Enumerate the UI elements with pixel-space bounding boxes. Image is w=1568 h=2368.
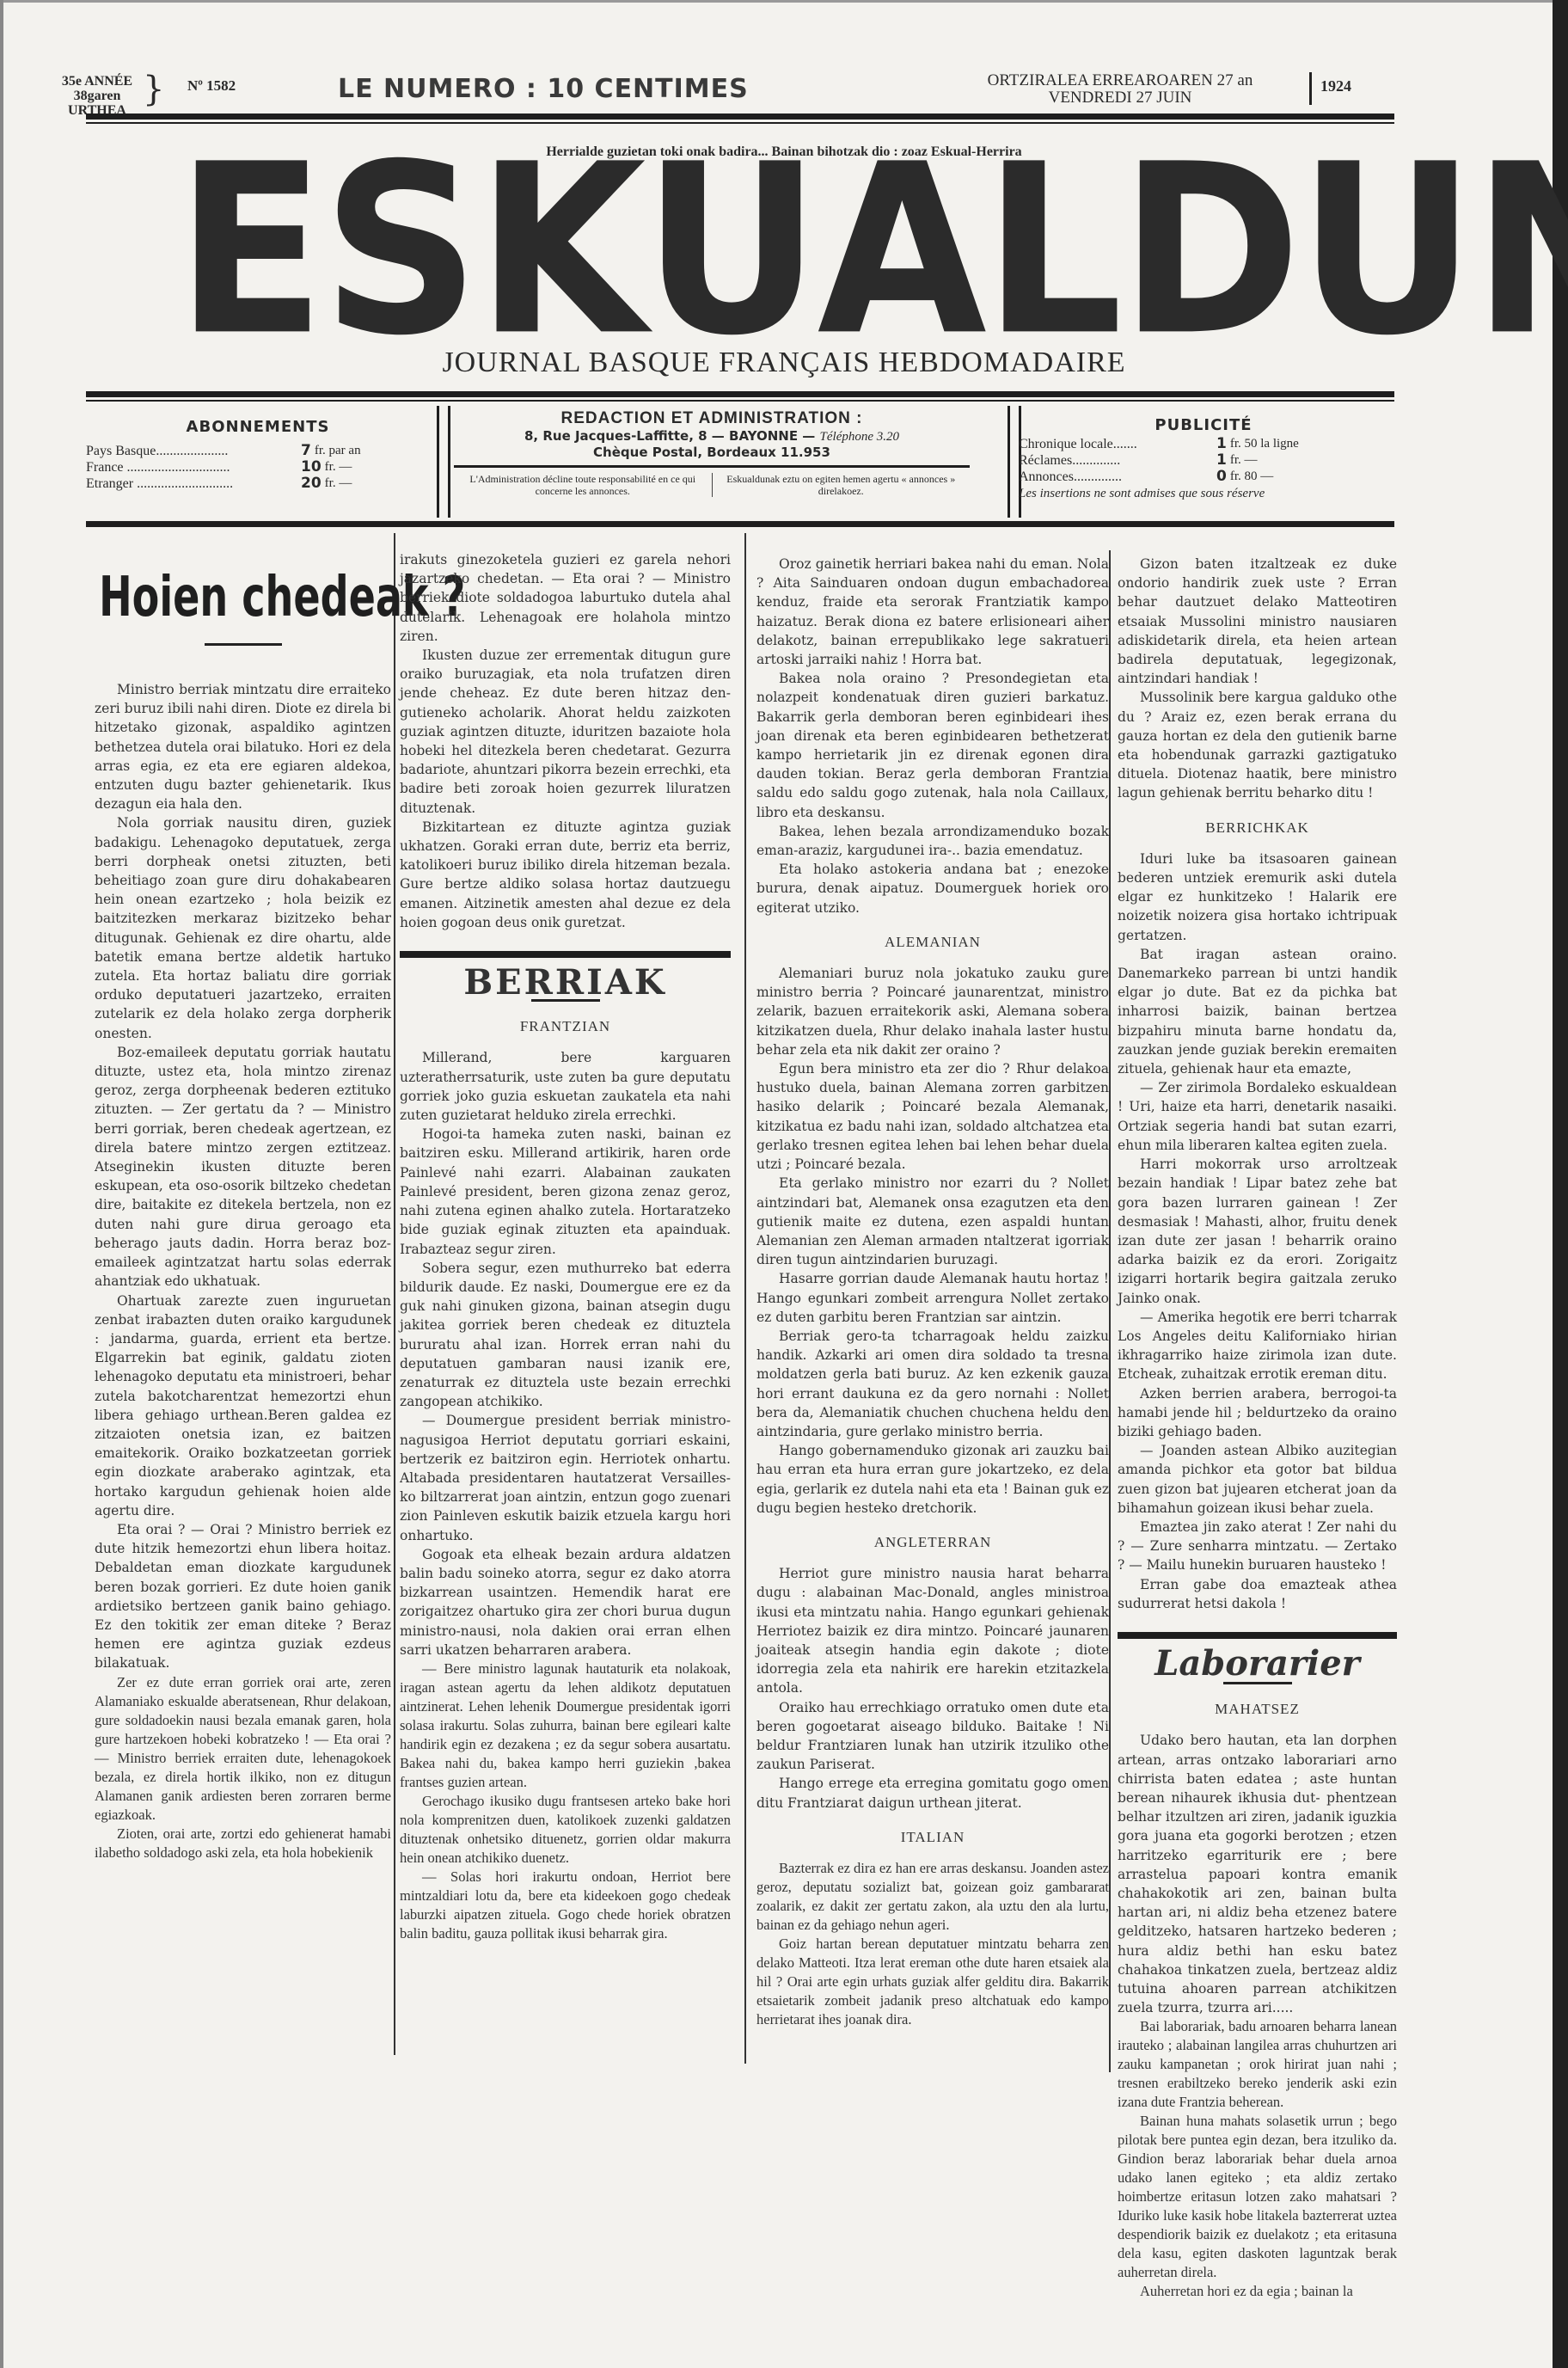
subheading-angleterran: ANGLETERRAN: [756, 1533, 1109, 1552]
rate-row: Chronique locale....... 1 fr. 50 la lign…: [1019, 436, 1388, 452]
paragraph: Alemaniari buruz nola jokatuko zauku gur…: [756, 964, 1109, 1059]
column-3: Oroz gainetik herriari bakea nahi du ema…: [756, 555, 1109, 2029]
masthead-letter: D: [1119, 155, 1298, 349]
redaction-box: REDACTION ET ADMINISTRATION : 8, Rue Jac…: [454, 406, 970, 518]
rate-label: Etranger ............................: [86, 475, 301, 492]
paragraph: Zer ez dute erran gorriek orai arte, zer…: [95, 1673, 391, 1825]
subheading-berrichkak: BERRICHKAK: [1118, 819, 1397, 837]
rate-row: France .............................. 10…: [86, 459, 430, 475]
rate-unit: fr. par an: [315, 443, 361, 459]
paragraph: Hogoi-ta hameka zuten naski, bainan ez b…: [400, 1125, 731, 1258]
masthead: E S K U A L D U N A: [163, 159, 1401, 344]
paragraph: Gerochago ikusiko dugu frantsesen arteko…: [400, 1792, 731, 1868]
masthead-letter: U: [643, 155, 818, 349]
rate-unit: fr. 50 la ligne: [1230, 436, 1299, 452]
rate-label: Annonces..............: [1019, 469, 1216, 485]
box-divider: [437, 406, 450, 518]
redaction-notes: L'Administration décline toute responsab…: [454, 465, 970, 497]
column-rule: [394, 533, 395, 2055]
paragraph: — Doumergue president berriak ministro-n…: [400, 1411, 731, 1544]
issue-number: Nº 1582: [187, 77, 236, 95]
section-heading-laborarier: Laborarier: [1118, 1654, 1397, 1673]
paragraph: Auherretan hori ez da egia ; bainan la: [1118, 2282, 1397, 2301]
headline: Hoien chedeak ?: [99, 567, 387, 628]
paragraph: irakuts ginezoketela guzieri ez garela n…: [400, 550, 731, 646]
paragraph: Bai laborariak, badu arnoaren beharra la…: [1118, 2017, 1397, 2112]
rate-label: France ..............................: [86, 459, 301, 475]
rate-row: Annonces.............. 0 fr. 80 —: [1019, 469, 1388, 485]
year-of-publication: 35e ANNÉE 38garen URTHEA: [50, 74, 144, 118]
subscriptions-box: ABONNEMENTS Pays Basque.................…: [86, 406, 430, 518]
rate-unit: fr. 80 —: [1230, 469, 1273, 485]
paragraph: Berriak gero-ta tcharragoak heldu zaizku…: [756, 1327, 1109, 1441]
brace-icon: }: [143, 72, 164, 107]
subheading-mahatsez: MAHATSEZ: [1118, 1700, 1397, 1719]
paragraph: Nola gorriak nausitu diren, guziek badak…: [95, 813, 391, 1042]
issue-year: 1924: [1320, 77, 1351, 95]
paragraph: Azken berrien arabera, berrogoi-ta hamab…: [1118, 1384, 1397, 1442]
paragraph: Erran gabe doa emazteak athea sudurrerat…: [1118, 1575, 1397, 1613]
newspaper-page: 35e ANNÉE 38garen URTHEA } Nº 1582 LE NU…: [0, 0, 1568, 2368]
issue-date: ORTZIRALEA ERREAROAREN 27 an VENDREDI 27…: [952, 72, 1288, 107]
paragraph: — Amerika hegotik ere berri tcharrak Los…: [1118, 1308, 1397, 1384]
column-2: irakuts ginezoketela guzieri ez garela n…: [400, 550, 731, 1943]
column-rule: [1109, 550, 1111, 2072]
paragraph: Hango gobernamenduko gizonak ari zauzku …: [756, 1441, 1109, 1518]
rate-label: Chronique locale.......: [1019, 436, 1216, 452]
postal-cheque: Chèque Postal, Bordeaux 11.953: [454, 445, 970, 460]
rate-value: 1: [1216, 452, 1227, 469]
paragraph: Gogoak eta elheak bezain ardura aldatzen…: [400, 1545, 731, 1659]
short-rule: [205, 643, 282, 646]
paragraph: Sobera segur, ezen muthurreko bat ederra…: [400, 1259, 731, 1412]
advertising-note: Les insertions ne sont admises que sous …: [1019, 487, 1388, 501]
section-rule: [1118, 1632, 1397, 1639]
paragraph: Ikusten duzue zer errementak ditugun gur…: [400, 646, 731, 818]
divider: [1309, 72, 1312, 105]
date-french: VENDREDI 27 JUIN: [952, 89, 1288, 107]
paragraph: Bizkitartean ez dituzte agintza guziak u…: [400, 818, 731, 932]
address-text: 8, Rue Jacques-Laffitte, 8 — BAYONNE —: [524, 428, 815, 444]
rate-value: 0: [1216, 469, 1227, 485]
paragraph: Hasarre gorrian daude Alemanak hautu hor…: [756, 1269, 1109, 1327]
rate-unit: fr. —: [325, 475, 352, 492]
redaction-address: 8, Rue Jacques-Laffitte, 8 — BAYONNE — T…: [454, 428, 970, 445]
paragraph: Ministro berriak mintzatu dire erraiteko…: [95, 680, 391, 813]
scan-top-edge: [0, 0, 1568, 3]
masthead-rule: [86, 391, 1394, 397]
paragraph: Eta gerlako ministro nor ezarri du ? Nol…: [756, 1174, 1109, 1269]
rate-unit: fr. —: [325, 459, 352, 475]
paragraph: Eta orai ? — Orai ? Ministro berriek ez …: [95, 1520, 391, 1673]
paragraph: Bainan huna mahats solasetik urrun ; beg…: [1118, 2112, 1397, 2282]
rate-row: Réclames.............. 1 fr. —: [1019, 452, 1388, 469]
paragraph: Bat iragan astean oraino. Danemarkeko pa…: [1118, 945, 1397, 1078]
masthead-letter: A: [818, 155, 983, 349]
note-french: L'Administration décline toute responsab…: [454, 473, 712, 497]
rate-label: Réclames..............: [1019, 452, 1216, 469]
masthead-letter: S: [322, 155, 477, 349]
annee-label: 35e ANNÉE: [50, 74, 144, 89]
masthead-rule-thin: [86, 400, 1394, 402]
paragraph: Oraiko hau errechkiago orratuko omen dut…: [756, 1698, 1109, 1775]
rate-label: Pays Basque.....................: [86, 443, 301, 459]
masthead-title: E S K U A L D U N A: [175, 159, 1388, 344]
paragraph: Herriot gure ministro nausia harat behar…: [756, 1564, 1109, 1697]
paragraph: Bazterrak ez dira ez han ere arras deska…: [756, 1859, 1109, 1935]
paragraph: — Zer zirimola Bordaleko eskualdean ! Ur…: [1118, 1078, 1397, 1155]
paragraph: Mussolinik bere kargua galduko othe du ?…: [1118, 688, 1397, 802]
masthead-letter: L: [983, 155, 1119, 349]
masthead-subtitle: JOURNAL BASQUE FRANÇAIS HEBDOMADAIRE: [0, 347, 1568, 379]
article-hoien-chedeak: Hoien chedeak ? Ministro berriak mintzat…: [95, 550, 391, 1862]
note-basque: Eskualdunak eztu on egiten hemen agertu …: [712, 473, 971, 497]
subheading-alemanian: ALEMANIAN: [756, 933, 1109, 952]
paragraph: Oroz gainetik herriari bakea nahi du ema…: [756, 555, 1109, 669]
paragraph: Eta holako astokeria andana bat ; enezok…: [756, 860, 1109, 917]
masthead-letter: E: [175, 155, 322, 349]
column-rule: [744, 533, 746, 2064]
masthead-letter: U: [1298, 155, 1473, 349]
paragraph: — Bere ministro lagunak hautaturik eta n…: [400, 1659, 731, 1792]
paragraph: Bakea nola oraino ? Presondegietan eta n…: [756, 669, 1109, 822]
paragraph: — Solas hori irakurtu ondoan, Herriot be…: [400, 1868, 731, 1943]
rate-value: 1: [1216, 436, 1227, 452]
issue-price: LE NUMERO : 10 CENTIMES: [338, 74, 749, 104]
rate-row: Etranger ............................ 20…: [86, 475, 430, 492]
paragraph: Gizon baten itzaltzeak ez duke ondorio h…: [1118, 555, 1397, 688]
rate-value: 7: [301, 443, 311, 459]
paragraph: Ohartuak zarezte zuen inguruetan zenbat …: [95, 1291, 391, 1520]
paragraph: Udako bero hautan, eta lan dorphen artea…: [1118, 1731, 1397, 2017]
section-rule: [400, 951, 731, 958]
column-4: Gizon baten itzaltzeak ez duke ondorio h…: [1118, 555, 1397, 2301]
paragraph: — Joanden astean Albiko auzitegian amand…: [1118, 1441, 1397, 1518]
paragraph: Iduri luke ba itsasoaren gainean bederen…: [1118, 850, 1397, 945]
subheading-italian: ITALIAN: [756, 1828, 1109, 1847]
advertising-title: PUBLICITÉ: [1019, 416, 1388, 434]
telephone-text: Téléphone 3.20: [820, 430, 899, 444]
redaction-title: REDACTION ET ADMINISTRATION :: [454, 409, 970, 428]
info-rule: [86, 521, 1394, 527]
rate-value: 20: [301, 475, 322, 492]
subheading-frantzian: FRANTZIAN: [400, 1017, 731, 1036]
paragraph: Egun bera ministro eta zer dio ? Rhur de…: [756, 1059, 1109, 1174]
paragraph: Goiz hartan berean deputatuer mintzatu b…: [756, 1935, 1109, 2029]
date-basque: ORTZIRALEA ERREAROAREN 27 an: [952, 72, 1288, 89]
masthead-letter: N: [1473, 155, 1568, 349]
issue-header: 35e ANNÉE 38garen URTHEA } Nº 1582 LE NU…: [50, 71, 1391, 113]
paragraph: Bakea, lehen bezala arrondizamenduko boz…: [756, 822, 1109, 860]
paragraph: Harri mokorrak urso arroltzeak bezain ha…: [1118, 1155, 1397, 1308]
masthead-letter: K: [476, 155, 643, 349]
section-heading-berriak: BERRIAK: [400, 973, 731, 992]
rate-value: 10: [301, 459, 322, 475]
rate-unit: fr. —: [1230, 452, 1258, 469]
advertising-box: PUBLICITÉ Chronique locale....... 1 fr. …: [1019, 406, 1388, 518]
paragraph: Hango errege eta erregina gomitatu gogo …: [756, 1774, 1109, 1812]
paragraph: Zioten, orai arte, zortzi edo gehienerat…: [95, 1825, 391, 1862]
paragraph: Boz-emaileek deputatu gorriak hautatu di…: [95, 1043, 391, 1291]
rate-row: Pays Basque..................... 7 fr. p…: [86, 443, 430, 459]
subscriptions-title: ABONNEMENTS: [86, 418, 430, 436]
paragraph: Millerand, bere karguaren uzteratherrsat…: [400, 1048, 731, 1125]
paragraph: Emaztea jin zako aterat ! Zer nahi du ? …: [1118, 1518, 1397, 1575]
